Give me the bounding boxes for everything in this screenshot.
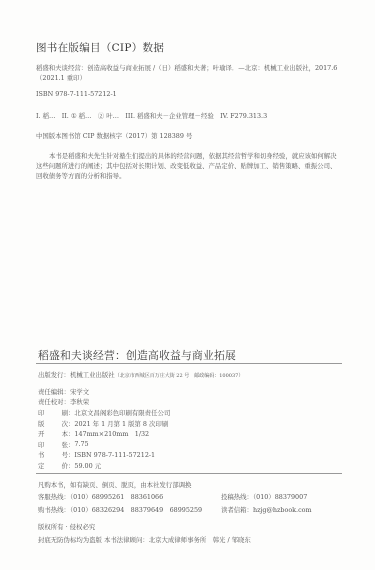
hotline-row-2: 购书热线：（010）68326294 88379649 68995259 读者信… [38,505,338,515]
colophon-row-value: 2021 年 1 月第 1 版第 8 次印刷 [74,419,168,428]
book-title: 稻盛和夫谈经营：创造高收益与商业拓展 [38,348,236,363]
colophon-row: 印张：7.75 [38,439,170,450]
label-part: 开 [38,429,44,438]
cip-record-number: 中国版本图书馆 CIP 数据核字（2017）第 128389 号 [36,131,192,141]
colophon-row: 版次：2021 年 1 月第 1 版第 8 次印刷 [38,418,170,429]
colophon-row-value: 李秋荣 [70,397,89,406]
colophon-row-label: 印刷 [38,408,68,417]
legal-counsel: 本书法律顾问：北京大成律师事务所 韩光 / 邹晓东 [104,535,251,545]
divider-top [36,363,342,364]
purchase-hotline: 购书热线：（010）68326294 88379649 68995259 [38,506,202,514]
label-part: 责任校对 [38,397,64,406]
publisher-label: 出版发行： [38,371,70,379]
reader-email: 读者信箱：hzjg@hzbook.com [221,505,312,515]
colophon-row: 书号：ISBN 978-7-111-57212-1 [38,450,170,461]
colophon-row-value: 147mm×210mm 1/32 [74,429,149,438]
label-part: 书 [38,450,44,459]
cip-classification: I. 稻… II. ① 稻… ② 叶… III. 稻盛和夫－企业管理－经验 IV… [36,111,267,121]
label-part: 印 [38,440,44,449]
colophon-row-label: 责任编辑 [38,387,64,396]
colophon-row-label: 版次 [38,419,68,428]
colophon-row: 印刷：北京文昌阁彩色印刷有限责任公司 [38,407,170,418]
colophon-details: 责任编辑：宋学文责任校对：李秋荣印刷：北京文昌阁彩色印刷有限责任公司版次：202… [38,386,170,471]
cip-heading: 图书在版编目（CIP）数据 [36,40,164,55]
copyright-notice: 版权所有 · 侵权必究 [38,522,338,532]
hotline-row-1: 客服热线：（010）68995261 88361066 投稿热线：（010）88… [38,492,338,502]
cip-isbn: ISBN 978-7-111-57212-1 [36,89,117,99]
return-notice: 凡购本书，如有缺页、倒页、脱页，由本社发行部调换 [38,480,338,490]
anti-piracy-notice: 封底无防伪标均为盗版 [38,536,102,544]
colophon-row: 责任校对：李秋荣 [38,397,170,408]
colophon-row-value: 59.00 元 [74,461,101,470]
colophon-row: 开本：147mm×210mm 1/32 [38,428,170,439]
legal-row: 封底无防伪标均为盗版 本书法律顾问：北京大成律师事务所 韩光 / 邹晓东 [38,535,338,545]
colophon-row-label: 书号 [38,450,68,459]
cip-description: 稻盛和夫谈经营：创造高收益与商业拓展 /（日）稻盛和夫著；叶瑜译．—北京：机械工… [36,63,346,83]
submission-hotline: 投稿热线：（010）88379007 [221,492,307,502]
colophon-row-label: 责任校对 [38,397,64,406]
service-hotline: 客服热线：（010）68995261 88361066 [38,493,163,501]
colophon-row-value: 宋学文 [70,387,89,396]
label-part: 印 [38,408,44,417]
colophon-row: 责任编辑：宋学文 [38,386,170,397]
book-abstract: 本书是稻盛和夫先生针对塾生们提出的具体的经营问题，依据其经营哲学和切身经验，就应… [36,151,342,181]
colophon-row-value: 7.75 [74,440,88,448]
colophon-row-label: 定价 [38,461,68,470]
label-part: 责任编辑 [38,387,64,396]
label-part: 定 [38,461,44,470]
colophon-row: 定价：59.00 元 [38,460,170,471]
publisher-line: 出版发行：机械工业出版社（北京市西城区百万庄大街 22 号 邮政编码：10003… [38,370,243,381]
colophon-row-label: 印张 [38,440,68,449]
publisher-address: （北京市西城区百万庄大街 22 号 邮政编码：100037） [115,373,244,379]
label-part: 版 [38,419,44,428]
divider-bottom [36,473,342,474]
publisher-name: 机械工业出版社 [70,371,115,379]
colophon-row-value: 北京文昌阁彩色印刷有限责任公司 [74,408,170,417]
colophon-row-value: ISBN 978-7-111-57212-1 [74,451,155,459]
colophon-row-label: 开本 [38,429,68,438]
